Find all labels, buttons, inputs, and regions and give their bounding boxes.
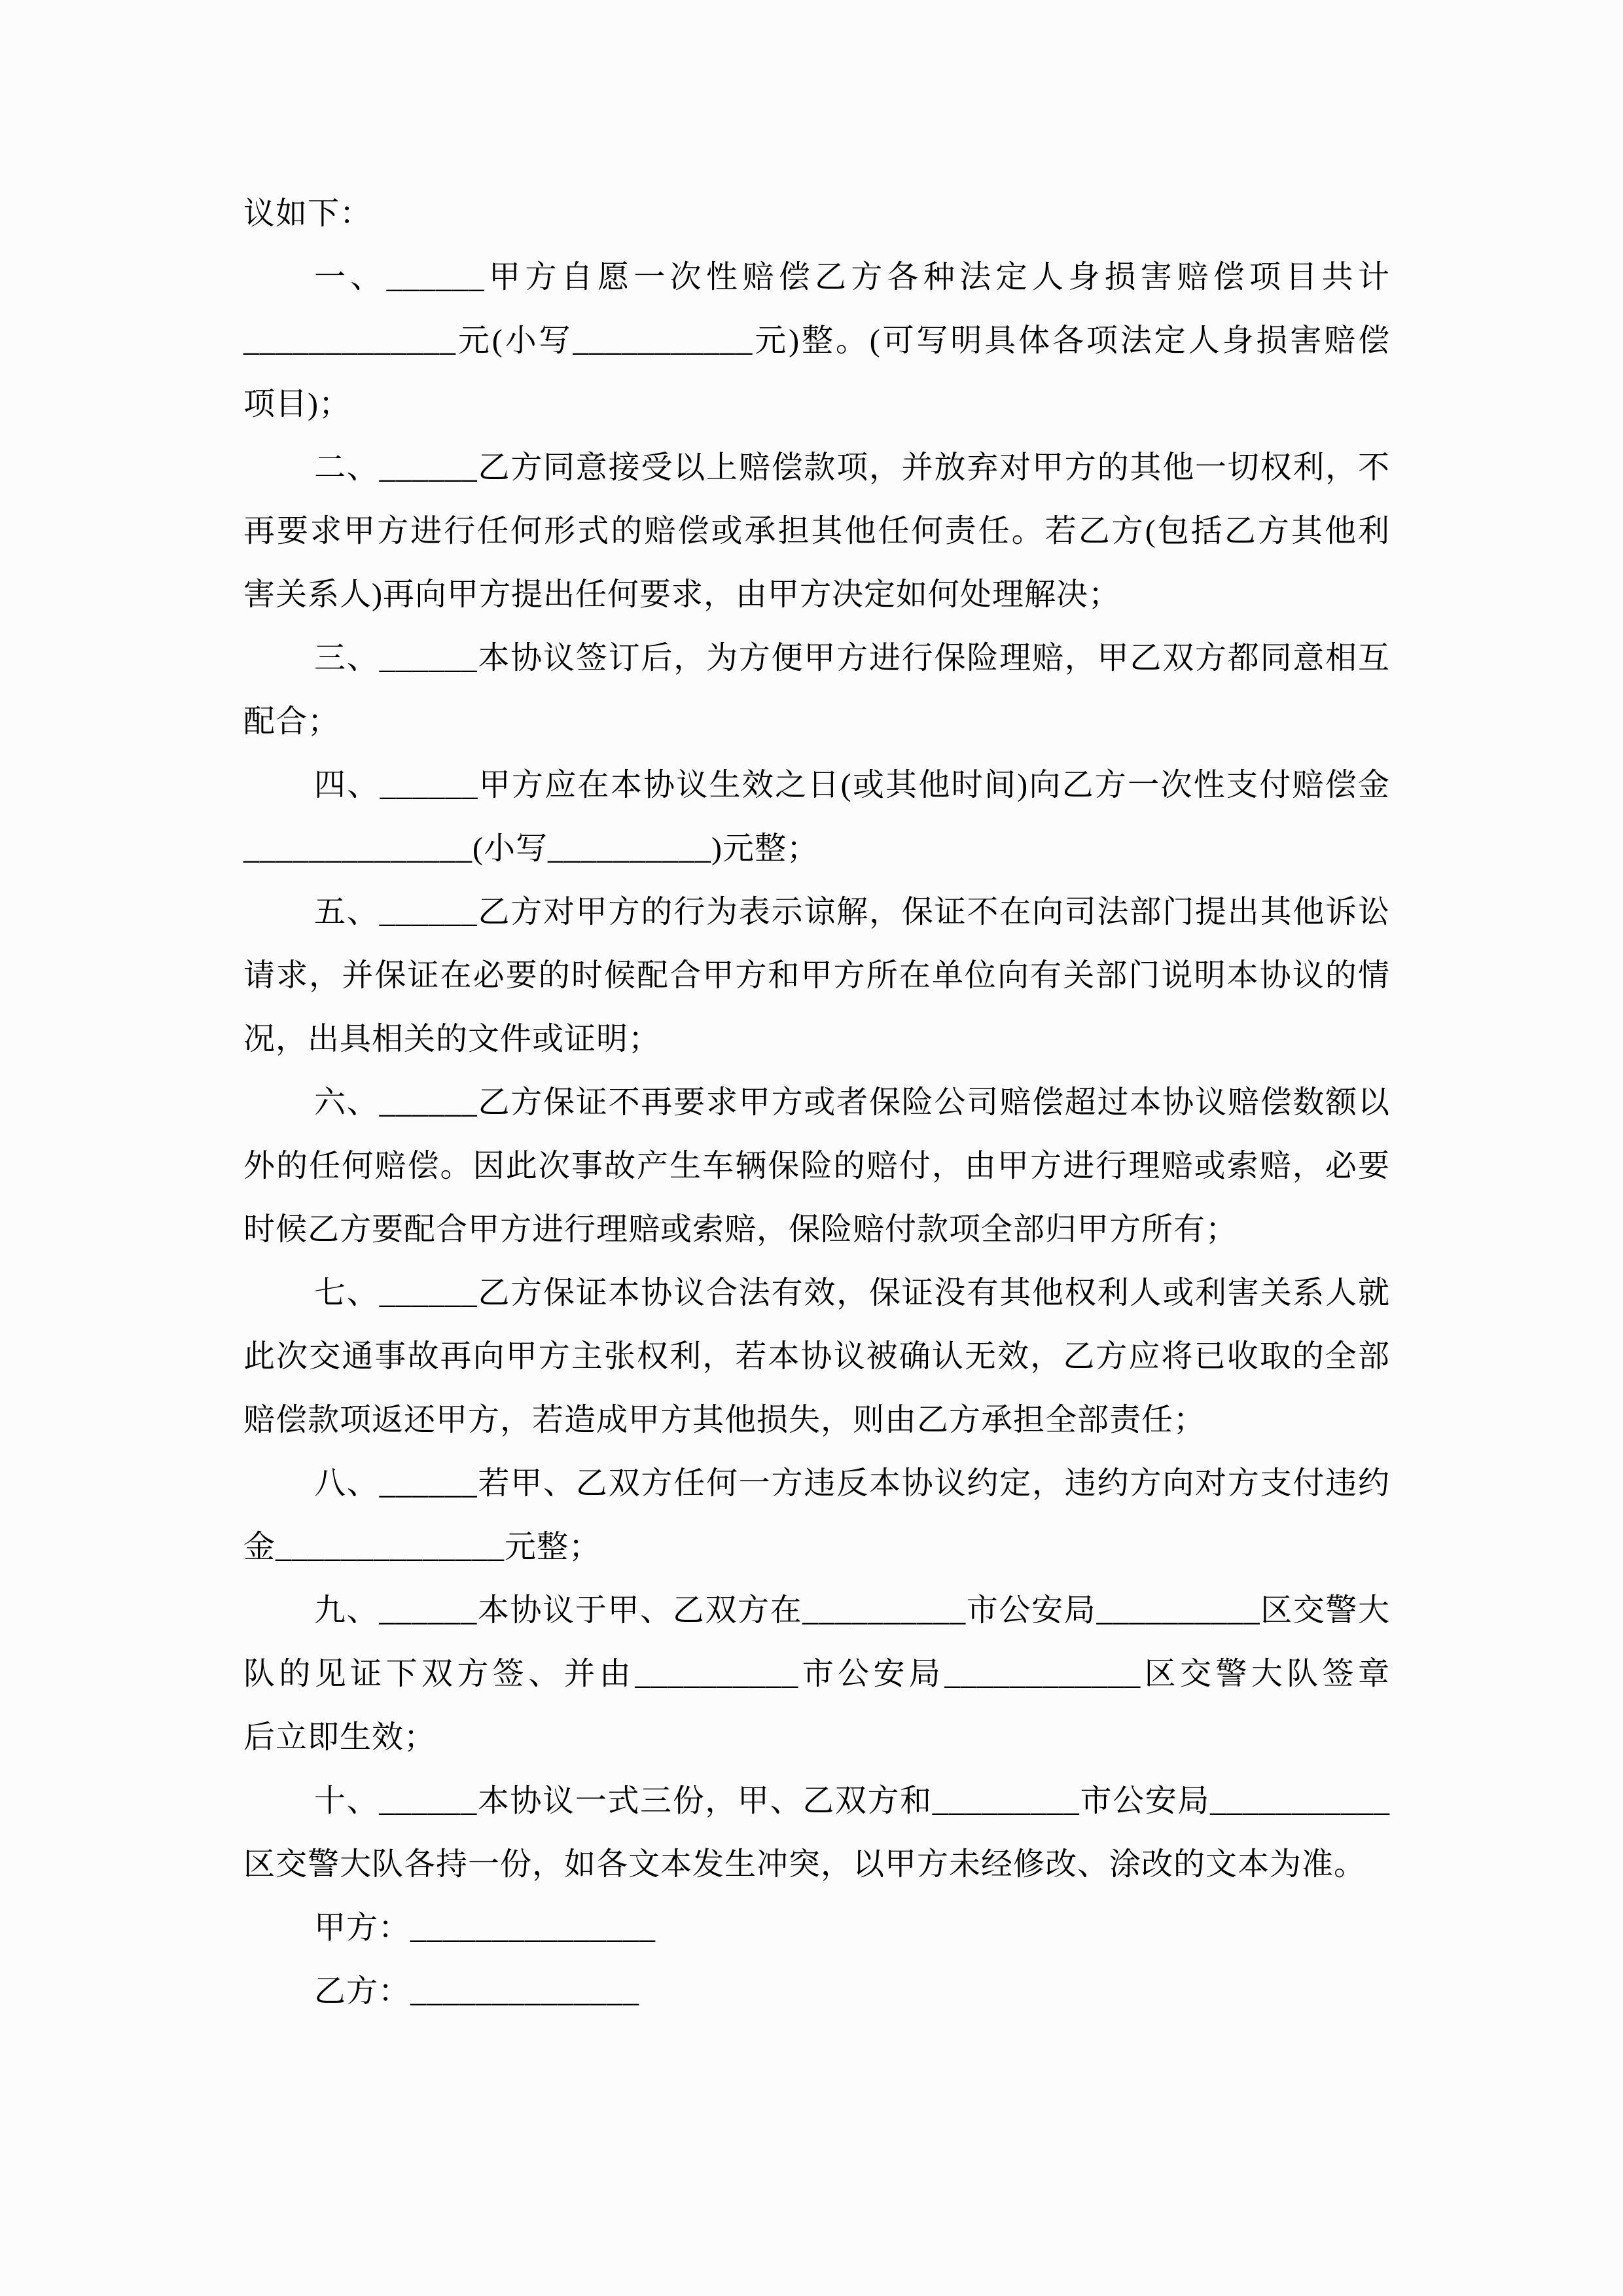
document-line: 七、______乙方保证本协议合法有效，保证没有其他权利人或利害关系人就 [243,1261,1390,1325]
document-line: 时候乙方要配合甲方进行理赔或索赔，保险赔付款项全部归甲方所有； [243,1198,1390,1261]
document-line: 后立即生效； [243,1706,1390,1769]
document-line: 配合； [243,690,1390,753]
document-line: 此次交通事故再向甲方主张权利，若本协议被确认无效，乙方应将已收取的全部 [243,1325,1390,1388]
document-line: 再要求甲方进行任何形式的赔偿或承担其他任何责任。若乙方(包括乙方其他利 [243,499,1390,563]
document-line: 九、______本协议于甲、乙双方在__________市公安局________… [243,1579,1390,1642]
document-line: 区交警大队各持一份，如各文本发生冲突，以甲方未经修改、涂改的文本为准。 [243,1833,1390,1896]
document-line: 请求，并保证在必要的时候配合甲方和甲方所在单位向有关部门说明本协议的情 [243,944,1390,1007]
scanned-document-page: 议如下：一、______甲方自愿一次性赔偿乙方各种法定人身损害赔偿项目共计___… [0,0,1623,2296]
document-line: 金______________元整； [243,1515,1390,1579]
document-line: 害关系人)再向甲方提出任何要求，由甲方决定如何处理解决； [243,563,1390,626]
document-line: 议如下： [243,182,1390,245]
document-line: 二、______乙方同意接受以上赔偿款项，并放弃对甲方的其他一切权利，不 [243,436,1390,499]
document-line: 四、______甲方应在本协议生效之日(或其他时间)向乙方一次性支付赔偿金 [243,753,1390,817]
document-line: 乙方：______________ [243,1960,1390,2023]
document-line: 队的见证下双方签、并由__________市公安局____________区交警… [243,1642,1390,1706]
document-line: 一、______甲方自愿一次性赔偿乙方各种法定人身损害赔偿项目共计 [243,245,1390,309]
document-line: ______________(小写__________)元整； [243,817,1390,880]
document-line: 八、______若甲、乙双方任何一方违反本协议约定，违约方向对方支付违约 [243,1452,1390,1515]
document-line: 五、______乙方对甲方的行为表示谅解，保证不在向司法部门提出其他诉讼 [243,880,1390,944]
document-line: 况，出具相关的文件或证明； [243,1007,1390,1071]
document-line: 项目)； [243,372,1390,436]
document-line: 三、______本协议签订后，为方便甲方进行保险理赔，甲乙双方都同意相互 [243,626,1390,690]
document-line: _____________元(小写___________元)整。(可写明具体各项… [243,309,1390,372]
document-body: 议如下：一、______甲方自愿一次性赔偿乙方各种法定人身损害赔偿项目共计___… [243,182,1390,2023]
document-line: 六、______乙方保证不再要求甲方或者保险公司赔偿超过本协议赔偿数额以 [243,1071,1390,1134]
document-line: 赔偿款项返还甲方，若造成甲方其他损失，则由乙方承担全部责任； [243,1388,1390,1452]
document-line: 十、______本协议一式三份，甲、乙双方和_________市公安局_____… [243,1769,1390,1833]
document-line: 外的任何赔偿。因此次事故产生车辆保险的赔付，由甲方进行理赔或索赔，必要 [243,1134,1390,1198]
document-line: 甲方：_______________ [243,1896,1390,1960]
